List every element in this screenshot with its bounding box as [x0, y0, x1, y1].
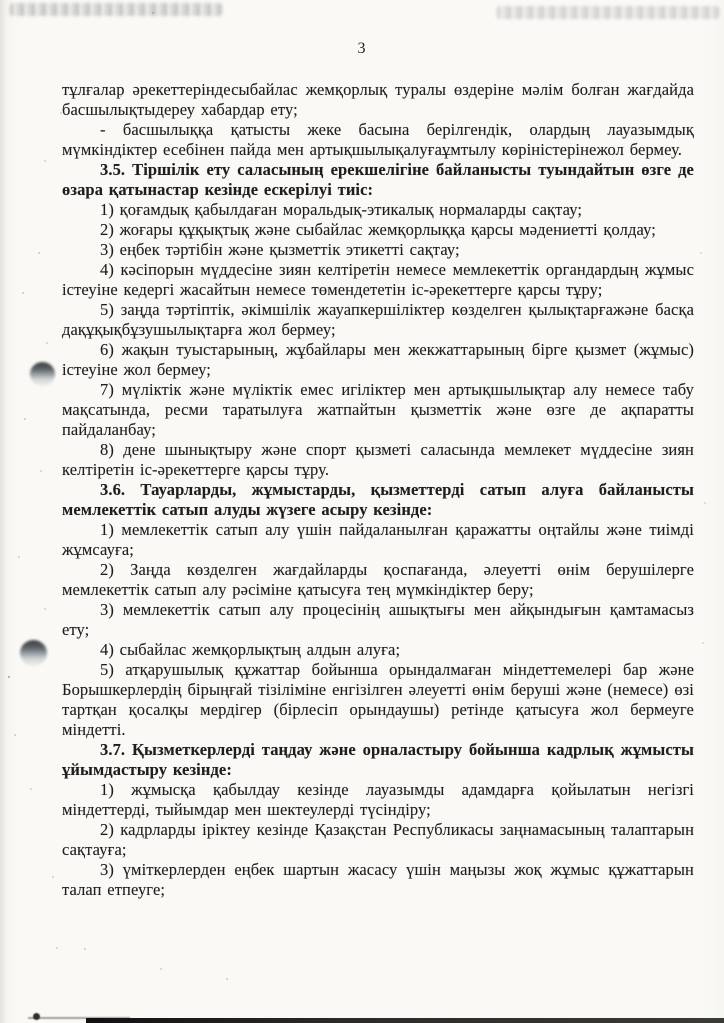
- list-item: 8) дене шынықтыру және спорт қызметі сал…: [62, 440, 694, 480]
- list-item: 5) заңда тәртіптік, әкімшілік жауапкерші…: [62, 300, 694, 340]
- list-item: 2) кадрларды іріктеу кезінде Қазақстан Р…: [62, 820, 694, 860]
- scan-noise-specks: [0, 0, 2, 2]
- page-number: 3: [0, 40, 724, 58]
- scanned-document-page: 3 тұлғалар әрекеттеріндесыбайлас жемқорл…: [0, 0, 724, 1023]
- section-heading-3-7: 3.7. Қызметкерлерді таңдау және орналаст…: [62, 740, 694, 780]
- list-item: 7) мүліктік және мүліктік емес игіліктер…: [62, 380, 694, 440]
- list-item: 3) мемлекеттік сатып алу процесінің ашық…: [62, 600, 694, 640]
- section-heading-3-5: 3.5. Тіршілік ету саласының ерекшелігіне…: [62, 160, 694, 200]
- list-item: 1) қоғамдық қабылдаған моральдық-этикалы…: [62, 200, 694, 220]
- section-heading-3-6: 3.6. Тауарларды, жұмыстарды, қызметтерді…: [62, 480, 694, 520]
- scan-smudge-top-right: [497, 6, 719, 19]
- scan-speck: [33, 1013, 40, 1020]
- document-body: тұлғалар әрекеттеріндесыбайлас жемқорлық…: [62, 80, 694, 900]
- hole-punch-mark: [20, 640, 47, 666]
- list-item: 2) жоғары құқықтық және сыбайлас жемқорл…: [62, 220, 694, 240]
- list-item: 4) сыбайлас жемқорлықтың алдын алуға;: [62, 640, 694, 660]
- hole-punch-mark: [30, 362, 55, 386]
- list-item: 5) атқарушылық құжаттар бойынша орындалм…: [62, 660, 694, 740]
- list-item: 3) еңбек тәртібін және қызметтік этикетт…: [62, 240, 694, 260]
- paragraph-continuation: тұлғалар әрекеттеріндесыбайлас жемқорлық…: [62, 80, 694, 120]
- list-item: 1) жұмысқа қабылдау кезінде лауазымды ад…: [62, 780, 694, 820]
- list-item: 2) Заңда көзделген жағдайларды қоспағанд…: [62, 560, 694, 600]
- list-item: 1) мемлекеттік сатып алу үшін пайдаланыл…: [62, 520, 694, 560]
- list-item: 3) үміткерлерден еңбек шартын жасасу үші…: [62, 860, 694, 900]
- list-item: 6) жақын туыстарының, жұбайлары мен жекж…: [62, 340, 694, 380]
- paragraph: - басшылыққа қатысты жеке басына берілге…: [62, 120, 694, 160]
- scan-smudge-top-left: [10, 3, 222, 16]
- list-item: 4) кәсіпорын мүддесіне зиян келтіретін н…: [62, 260, 694, 300]
- scan-edge-bottom: [86, 1018, 724, 1023]
